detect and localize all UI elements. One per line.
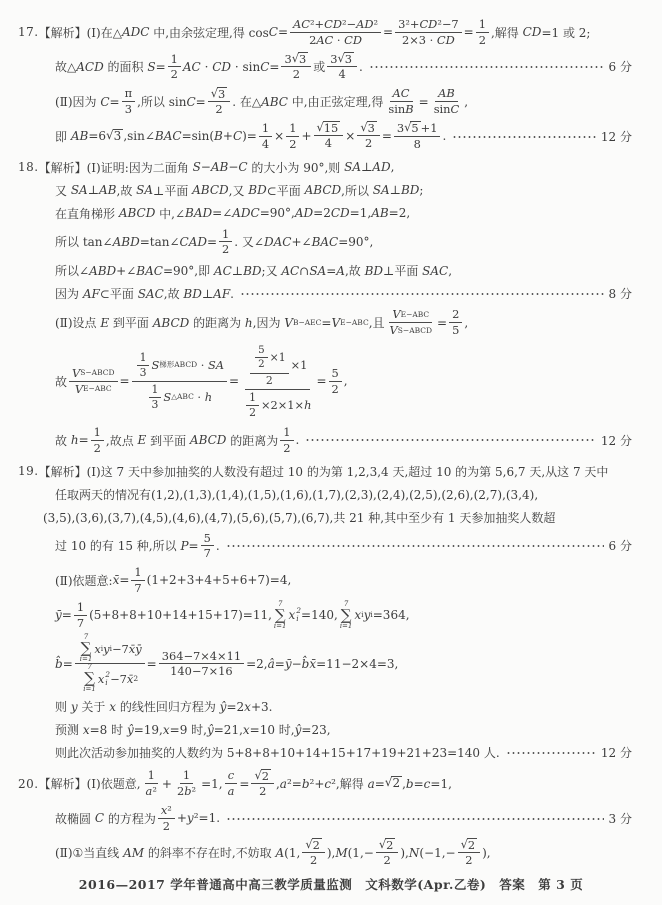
solution-line: 故△ACD 的面积 S=12AC · CD · sinC=3√32或3√34.6…	[14, 51, 648, 84]
line-content: (Ⅱ)依题意:x̄=17(1+2+3+4+5+6+7)=4,	[55, 564, 291, 597]
problem-20: 20.【解析】(Ⅰ)依题意,1a²+12b²=1,ca=√22,a²=b²+c²…	[14, 767, 648, 868]
solution-line: (Ⅱ)设点 E 到平面 ABCD 的距离为 h,因为 VB−AEC=VE−ABC…	[14, 306, 648, 339]
fraction: √22	[376, 838, 399, 868]
solution-line: 预测 x=8 时 ŷ=19,x=9 时,ŷ=21,x=10 时,ŷ=23,	[14, 719, 648, 740]
line-content: (Ⅱ)①当直线 AM 的斜率不存在时,不妨取 A(1,√22),M(1,−√22…	[55, 837, 491, 869]
solution-line: 故椭圆 C 的方程为x²2+y²=1.3 分	[14, 802, 648, 835]
fraction: VE−ABCVS−ABCD	[387, 307, 435, 338]
solution-line: 又 SA⊥AB,故 SA⊥平面 ABCD,又 BD⊂平面 ABCD,所以 SA⊥…	[14, 180, 648, 201]
fraction: ca	[225, 768, 238, 799]
line-content: 则此次活动参加抽奖的人数约为 5+8+8+10+14+15+17+19+21+2…	[55, 744, 500, 761]
line-content: 任取两天的情况有(1,2),(1,3),(1,4),(1,5),(1,6),(1…	[55, 486, 538, 503]
solution-line: 故VS−ABCDVE−ABC=13S梯形ABCD · SA13S△ABC · h…	[14, 341, 648, 422]
line-content: (Ⅱ)设点 E 到平面 ABCD 的距离为 h,因为 VB−AEC=VE−ABC…	[55, 306, 468, 339]
fraction: √22	[302, 838, 325, 868]
solution-line: 在直角梯形 ABCD 中,∠BAD=∠ADC=90°,AD=2CD=1,AB=2…	[14, 203, 648, 224]
score-label: 8 分	[609, 285, 632, 302]
line-content: 过 10 的有 15 种,所以 P=57.	[55, 530, 220, 563]
dotted-leader	[452, 130, 596, 142]
fraction: √32	[357, 121, 380, 151]
solution-line: 故 h=12,故点 E 到平面 ABCD 的距离为12.12 分	[14, 424, 648, 457]
solutions: 17.【解析】(Ⅰ)在△ADC 中,由余弦定理,得 cosC=AC²+CD²−A…	[14, 14, 648, 869]
score-label: 12 分	[601, 432, 632, 449]
dotted-leader	[506, 747, 596, 759]
line-content: 预测 x=8 时 ŷ=19,x=9 时,ŷ=21,x=10 时,ŷ=23,	[55, 721, 331, 738]
fraction: ACsinB	[385, 86, 416, 117]
line-content: 所以 tan∠ABD=tan∠CAD=12. 又∠DAC+∠BAC=90°,	[55, 226, 373, 259]
fraction: x²2	[158, 803, 175, 834]
solution-line: 即 AB=6√3,sin∠BAC=sin(B+C)=14×12+√154×√32…	[14, 120, 648, 153]
line-content: 故△ACD 的面积 S=12AC · CD · sinC=3√32或3√34.	[55, 51, 363, 84]
line-content: 所以∠ABD+∠BAC=90°,即 AC⊥BD;又 AC∩SA=A,故 BD⊥平…	[55, 262, 452, 279]
sqrt-radical: √2	[254, 769, 271, 783]
dotted-leader	[240, 288, 604, 300]
line-content: 【解析】(Ⅰ)证明:因为二面角 S−AB−C 的大小为 90°,则 SA⊥AD,	[39, 159, 395, 176]
line-content: 又 SA⊥AB,故 SA⊥平面 ABCD,又 BD⊂平面 ABCD,所以 SA⊥…	[55, 182, 423, 199]
score-label: 12 分	[601, 744, 632, 761]
page-footer: 2016—2017 学年普通高中高三教学质量监测 文科数学(Apr.乙卷) 答案…	[14, 869, 648, 897]
fraction: 12	[219, 227, 232, 258]
fraction: 17	[74, 600, 87, 631]
line-content: 故椭圆 C 的方程为x²2+y²=1.	[55, 802, 220, 835]
sqrt-radical: √3	[292, 52, 309, 66]
line-content: 则 y 关于 x 的线性回归方程为 ŷ=2x+3.	[55, 698, 272, 715]
fraction: 12	[168, 52, 181, 83]
line-content: 因为 AF⊂平面 SAC,故 BD⊥AF.	[55, 285, 234, 302]
sqrt-radical: √5	[404, 121, 421, 135]
solution-line: 则此次活动参加抽奖的人数约为 5+8+8+10+14+15+17+19+21+2…	[14, 742, 648, 763]
solution-line: 任取两天的情况有(1,2),(1,3),(1,4),(1,5),(1,6),(1…	[14, 484, 648, 505]
fraction: 12	[476, 17, 489, 48]
sqrt-radical: √3	[337, 52, 354, 66]
fraction: 3√32	[281, 52, 311, 83]
line-content: 【解析】(Ⅰ)在△ADC 中,由余弦定理,得 cosC=AC²+CD²−AD²2…	[39, 16, 591, 49]
line-content: 在直角梯形 ABCD 中,∠BAD=∠ADC=90°,AD=2CD=1,AB=2…	[55, 205, 410, 222]
fraction: 12	[280, 425, 293, 456]
answer-sheet-page: 17.【解析】(Ⅰ)在△ADC 中,由余弦定理,得 cosC=AC²+CD²−A…	[0, 0, 662, 905]
problem-number: 20.	[18, 777, 39, 791]
line-content: 【解析】(Ⅰ)依题意,1a²+12b²=1,ca=√22,a²=b²+c²,解得…	[39, 767, 452, 800]
fraction: 13S梯形ABCD · SA13S△ABC · h	[132, 350, 227, 413]
problem-number: 18.	[18, 160, 39, 174]
dotted-leader	[226, 540, 604, 552]
line-content: (Ⅱ)因为 C=π3,所以 sinC=√32. 在△ABC 中,由正弦定理,得A…	[55, 85, 468, 118]
solution-line: 17.【解析】(Ⅰ)在△ADC 中,由余弦定理,得 cosC=AC²+CD²−A…	[14, 16, 648, 49]
solution-line: 则 y 关于 x 的线性回归方程为 ŷ=2x+3.	[14, 696, 648, 717]
solution-line: b̂=7∑i=1xiyi−7x̄ȳ7∑i=1x2i−7x̄2=364−7×4×1…	[14, 633, 648, 694]
fraction: 12	[246, 391, 259, 420]
fraction: 364−7×4×11140−7×16	[159, 649, 244, 680]
line-content: 即 AB=6√3,sin∠BAC=sin(B+C)=14×12+√154×√32…	[55, 120, 446, 153]
sum-operator: 7∑i=1	[80, 634, 93, 663]
solution-line: 所以 tan∠ABD=tan∠CAD=12. 又∠DAC+∠BAC=90°,	[14, 226, 648, 259]
fraction: 17	[131, 565, 144, 596]
footer-text: 2016—2017 学年普通高中高三教学质量监测 文科数学(Apr.乙卷) 答案…	[79, 877, 583, 892]
problem-number: 19.	[18, 464, 39, 478]
fraction: 13	[137, 351, 150, 380]
solution-line: 19.【解析】(Ⅰ)这 7 天中参加抽奖的人数没有超过 10 的为第 1,2,3…	[14, 461, 648, 482]
sqrt-radical: √2	[385, 776, 402, 791]
score-label: 3 分	[609, 810, 632, 827]
line-content: 故 h=12,故点 E 到平面 ABCD 的距离为12.	[55, 424, 299, 457]
problem-19: 19.【解析】(Ⅰ)这 7 天中参加抽奖的人数没有超过 10 的为第 1,2,3…	[14, 461, 648, 764]
solution-line: (Ⅱ)因为 C=π3,所以 sinC=√32. 在△ABC 中,由正弦定理,得A…	[14, 85, 648, 118]
fraction: 52×12×112×2×1×h	[241, 342, 314, 421]
solution-line: 20.【解析】(Ⅰ)依题意,1a²+12b²=1,ca=√22,a²=b²+c²…	[14, 767, 648, 800]
fraction: VS−ABCDVE−ABC	[69, 366, 117, 397]
score-label: 6 分	[609, 58, 632, 75]
fraction: AC²+CD²−AD²2AC · CD	[290, 17, 381, 48]
solution-line: 所以∠ABD+∠BAC=90°,即 AC⊥BD;又 AC∩SA=A,故 BD⊥平…	[14, 260, 648, 281]
dotted-leader	[305, 434, 596, 446]
problem-18: 18.【解析】(Ⅰ)证明:因为二面角 S−AB−C 的大小为 90°,则 SA⊥…	[14, 157, 648, 457]
fraction: 13	[149, 383, 162, 412]
fraction: 12	[91, 425, 104, 456]
fraction: √154	[314, 121, 344, 151]
problem-17: 17.【解析】(Ⅰ)在△ADC 中,由余弦定理,得 cosC=AC²+CD²−A…	[14, 16, 648, 153]
fraction: π3	[122, 86, 136, 117]
solution-line: (Ⅱ)依题意:x̄=17(1+2+3+4+5+6+7)=4,	[14, 564, 648, 597]
fraction: 52	[255, 344, 268, 372]
sum-operator: 7∑i=1	[83, 664, 96, 693]
fraction: 14	[259, 121, 272, 152]
solution-line: 18.【解析】(Ⅰ)证明:因为二面角 S−AB−C 的大小为 90°,则 SA⊥…	[14, 157, 648, 178]
solution-line: ȳ=17(5+8+8+10+14+15+17)=11,7∑i=1x2i=140,…	[14, 599, 648, 632]
sqrt-radical: √15	[317, 121, 341, 135]
problem-number: 17.	[18, 25, 39, 39]
score-label: 6 分	[609, 537, 632, 554]
fraction: 1a²	[143, 768, 160, 799]
dotted-leader	[369, 61, 604, 73]
line-content: ȳ=17(5+8+8+10+14+15+17)=11,7∑i=1x2i=140,…	[55, 599, 410, 632]
fraction: 52	[329, 366, 342, 397]
fraction: 12b²	[174, 768, 199, 799]
fraction: 3²+CD²−72×3 · CD	[395, 17, 462, 48]
fraction: √32	[208, 87, 231, 117]
fraction: 3√34	[327, 52, 357, 83]
fraction: √22	[458, 838, 481, 868]
sqrt-radical: √3	[211, 87, 228, 101]
solution-line: 过 10 的有 15 种,所以 P=57.6 分	[14, 530, 648, 563]
fraction: 12	[286, 121, 299, 152]
solution-line: (Ⅱ)①当直线 AM 的斜率不存在时,不妨取 A(1,√22),M(1,−√22…	[14, 837, 648, 869]
fraction: ABsinC	[431, 86, 463, 117]
sqrt-radical: √3	[360, 121, 377, 135]
sum-operator: 7∑i=1	[274, 601, 287, 630]
fraction: 52×12	[250, 343, 289, 388]
sqrt-radical: √2	[379, 838, 396, 852]
solution-line: 因为 AF⊂平面 SAC,故 BD⊥AF.8 分	[14, 283, 648, 304]
line-content: 【解析】(Ⅰ)这 7 天中参加抽奖的人数没有超过 10 的为第 1,2,3,4 …	[39, 463, 609, 480]
solution-line: (3,5),(3,6),(3,7),(4,5),(4,6),(4,7),(5,6…	[14, 507, 648, 528]
line-content: b̂=7∑i=1xiyi−7x̄ȳ7∑i=1x2i−7x̄2=364−7×4×1…	[55, 633, 398, 694]
line-content: (3,5),(3,6),(3,7),(4,5),(4,6),(4,7),(5,6…	[43, 509, 555, 526]
sqrt-radical: √3	[106, 129, 123, 144]
fraction: 7∑i=1xiyi−7x̄ȳ7∑i=1x2i−7x̄2	[75, 634, 145, 693]
line-content: 故VS−ABCDVE−ABC=13S梯形ABCD · SA13S△ABC · h…	[55, 341, 348, 422]
fraction: 25	[449, 307, 462, 338]
sqrt-radical: √2	[461, 838, 478, 852]
fraction: 3√5+18	[394, 121, 441, 152]
sum-operator: 7∑i=1	[340, 601, 353, 630]
score-label: 12 分	[601, 128, 632, 145]
dotted-leader	[226, 812, 604, 824]
sqrt-radical: √2	[305, 838, 322, 852]
fraction: 57	[201, 531, 214, 562]
fraction: √22	[251, 769, 274, 799]
